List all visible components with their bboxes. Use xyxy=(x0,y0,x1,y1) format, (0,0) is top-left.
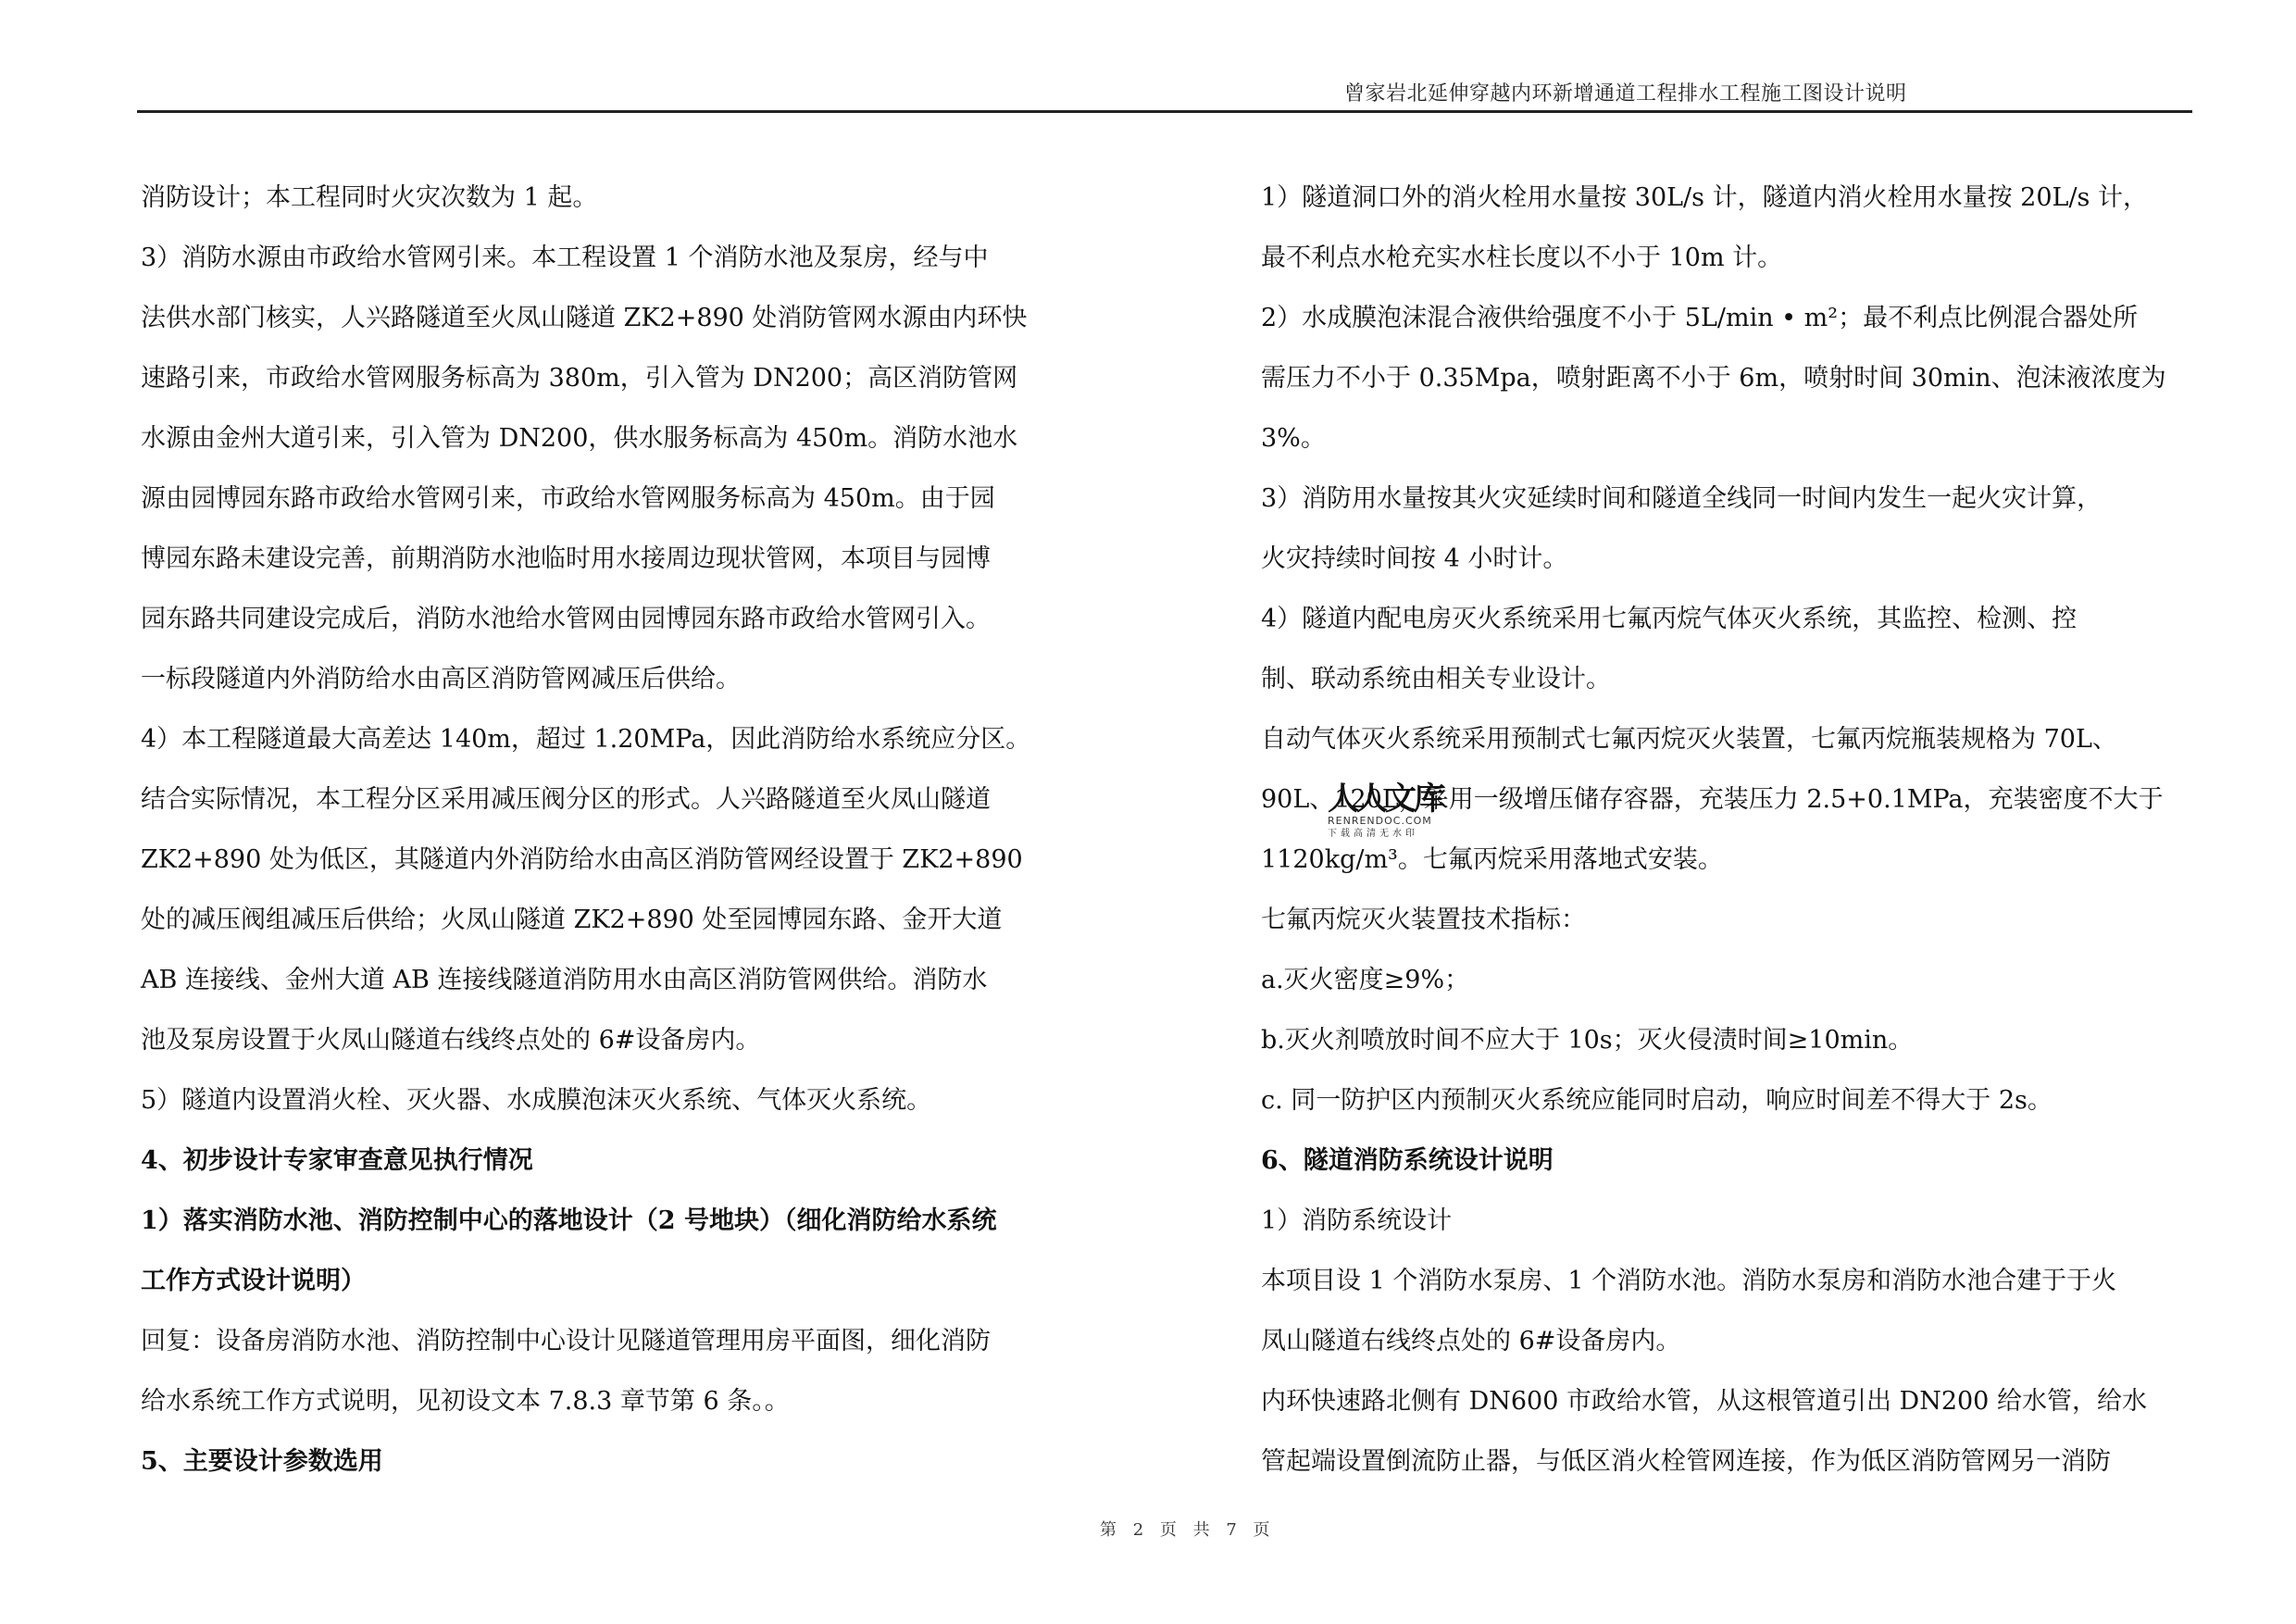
right-column-text-line: 火灾持续时间按 4 小时计。 xyxy=(1261,533,2196,593)
right-column-text-line: 3）消防用水量按其火灾延续时间和隧道全线同一时间内发生一起火灾计算， xyxy=(1261,473,2196,533)
left-column-text-line: 5）隧道内设置消火栓、灭火器、水成膜泡沫灭火系统、气体灭火系统。 xyxy=(141,1075,1076,1135)
left-column-text-line: 给水系统工作方式说明，见初设文本 7.8.3 章节第 6 条。。 xyxy=(141,1376,1076,1436)
left-column-text-line: 处的减压阀组减压后供给；火凤山隧道 ZK2+890 处至园博园东路、金开大道 xyxy=(141,894,1076,955)
right-column-text-line: 2）水成膜泡沫混合液供给强度不小于 5L/min • m²；最不利点比例混合器处… xyxy=(1261,293,2196,353)
watermark-logo: 人人文库 xyxy=(1328,783,1429,815)
left-column-text-line: ZK2+890 处为低区，其隧道内外消防给水由高区消防管网经设置于 ZK2+89… xyxy=(141,834,1076,894)
left-column-text-line: 3）消防水源由市政给水管网引来。本工程设置 1 个消防水池及泵房，经与中 xyxy=(141,232,1076,293)
watermark: 人人文库 RENRENDOC.COM 下载高清无水印 xyxy=(1328,783,1429,840)
header-divider xyxy=(137,110,2192,113)
right-column-text-line: 4）隧道内配电房灭火系统采用七氟丙烷气体灭火系统，其监控、检测、控 xyxy=(1261,593,2196,654)
right-column-text-line: 需压力不小于 0.35Mpa，喷射距离不小于 6m，喷射时间 30min、泡沫液… xyxy=(1261,353,2196,413)
page-number: 第 2 页 共 7 页 xyxy=(1100,1517,1276,1541)
left-column-text-line: AB 连接线、金州大道 AB 连接线隧道消防用水由高区消防管网供给。消防水 xyxy=(141,955,1076,1015)
right-column-text-line: c. 同一防护区内预制灭火系统应能同时启动，响应时间差不得大于 2s。 xyxy=(1261,1075,2196,1135)
left-column-text-line: 法供水部门核实，人兴路隧道至火凤山隧道 ZK2+890 处消防管网水源由内环快 xyxy=(141,293,1076,353)
left-column-heading: 4、初步设计专家审查意见执行情况 xyxy=(141,1135,1076,1195)
right-column-text-line: 3%。 xyxy=(1261,413,2196,473)
left-column: 消防设计；本工程同时火灾次数为 1 起。3）消防水源由市政给水管网引来。本工程设… xyxy=(141,172,1076,1496)
left-column-text-line: 源由园博园东路市政给水管网引来，市政给水管网服务标高为 450m。由于园 xyxy=(141,473,1076,533)
right-column-heading: 6、隧道消防系统设计说明 xyxy=(1261,1135,2196,1195)
right-column-text-line: 最不利点水枪充实水柱长度以不小于 10m 计。 xyxy=(1261,232,2196,293)
left-column-text-line: 消防设计；本工程同时火灾次数为 1 起。 xyxy=(141,172,1076,232)
left-column-text-line: 速路引来，市政给水管网服务标高为 380m，引入管为 DN200；高区消防管网 xyxy=(141,353,1076,413)
left-column-heading: 1）落实消防水池、消防控制中心的落地设计（2 号地块）（细化消防给水系统 xyxy=(141,1195,1076,1255)
right-column-text-line: 管起端设置倒流防止器，与低区消火栓管网连接，作为低区消防管网另一消防 xyxy=(1261,1436,2196,1496)
left-column-text-line: 结合实际情况，本工程分区采用减压阀分区的形式。人兴路隧道至火凤山隧道 xyxy=(141,774,1076,834)
right-column-text-line: 制、联动系统由相关专业设计。 xyxy=(1261,654,2196,714)
left-column-text-line: 一标段隧道内外消防给水由高区消防管网减压后供给。 xyxy=(141,654,1076,714)
watermark-url: RENRENDOC.COM xyxy=(1328,815,1429,828)
right-column-text-line: a.灭火密度≥9%； xyxy=(1261,955,2196,1015)
right-column-text-line: 本项目设 1 个消防水泵房、1 个消防水池。消防水泵房和消防水池合建于于火 xyxy=(1261,1255,2196,1316)
left-column-text-line: 博园东路未建设完善，前期消防水池临时用水接周边现状管网，本项目与园博 xyxy=(141,533,1076,593)
left-column-text-line: 4）本工程隧道最大高差达 140m，超过 1.20MPa，因此消防给水系统应分区… xyxy=(141,714,1076,774)
left-column-heading: 5、主要设计参数选用 xyxy=(141,1436,1076,1496)
right-column-text-line: 1）消防系统设计 xyxy=(1261,1195,2196,1255)
document-header-title: 曾家岩北延伸穿越内环新增通道工程排水工程施工图设计说明 xyxy=(1344,78,1907,106)
right-column-text-line: 凤山隧道右线终点处的 6#设备房内。 xyxy=(1261,1316,2196,1376)
left-column-heading: 工作方式设计说明） xyxy=(141,1255,1076,1316)
right-column-text-line: 1120kg/m³。七氟丙烷采用落地式安装。 xyxy=(1261,834,2196,894)
right-column-text-line: 自动气体灭火系统采用预制式七氟丙烷灭火装置，七氟丙烷瓶装规格为 70L、 xyxy=(1261,714,2196,774)
watermark-tagline: 下载高清无水印 xyxy=(1328,828,1429,840)
right-column-text-line: b.灭火剂喷放时间不应大于 10s；灭火侵渍时间≥10min。 xyxy=(1261,1015,2196,1075)
left-column-text-line: 水源由金州大道引来，引入管为 DN200，供水服务标高为 450m。消防水池水 xyxy=(141,413,1076,473)
right-column-text-line: 七氟丙烷灭火装置技术指标： xyxy=(1261,894,2196,955)
left-column-text-line: 回复：设备房消防水池、消防控制中心设计见隧道管理用房平面图，细化消防 xyxy=(141,1316,1076,1376)
right-column-text-line: 1）隧道洞口外的消火栓用水量按 30L/s 计，隧道内消火栓用水量按 20L/s… xyxy=(1261,172,2196,232)
right-column-text-line: 内环快速路北侧有 DN600 市政给水管，从这根管道引出 DN200 给水管，给… xyxy=(1261,1376,2196,1436)
left-column-text-line: 园东路共同建设完成后，消防水池给水管网由园博园东路市政给水管网引入。 xyxy=(141,593,1076,654)
left-column-text-line: 池及泵房设置于火凤山隧道右线终点处的 6#设备房内。 xyxy=(141,1015,1076,1075)
